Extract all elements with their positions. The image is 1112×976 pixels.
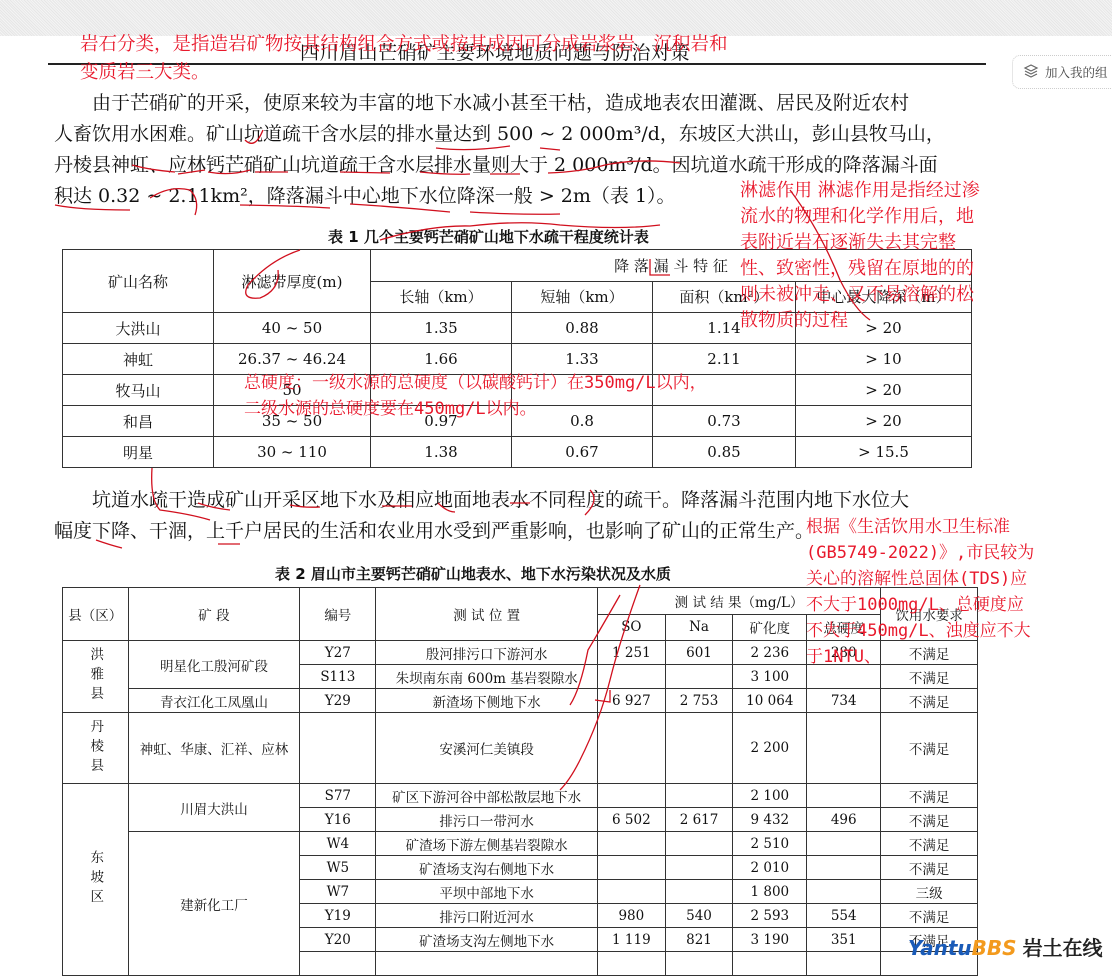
cell: 不满足: [881, 808, 978, 832]
table-row: 明星30 ~ 1101.380.670.85> 15.5: [63, 437, 972, 468]
cell: 30 ~ 110: [214, 437, 371, 468]
cell: 2 593: [733, 904, 807, 928]
cell: [807, 856, 881, 880]
paragraph2-line2: 幅度下降、干涸，上千户居民的生活和农业用水受到严重影响，也影响了矿山的正常生产。: [54, 516, 814, 547]
cell: [598, 713, 666, 784]
table-row: 建新化工厂 W4矿渣场下游左侧基岩裂隙水2 510不满足: [63, 832, 978, 856]
cell: 2 753: [665, 689, 733, 713]
cell: 351: [807, 928, 881, 952]
cell: 不满足: [881, 904, 978, 928]
table1-header-long-axis: 长轴（km）: [371, 281, 512, 313]
annotation-standard-line1: 根据《生活饮用水卫生标准: [806, 514, 1010, 540]
cell: 3 190: [733, 928, 807, 952]
cell: [300, 713, 376, 784]
cell: 0.88: [512, 313, 653, 344]
paragraph1-line4: 积达 0.32 ~ 2.11km²，降落漏斗中心地下水位降深一般 > 2m（表 …: [54, 181, 676, 212]
annotation-hardness-line2: 二级水源的总硬度要在450mg/L以内。: [244, 394, 537, 424]
table2-header-so: SO: [598, 614, 666, 641]
annotation-rock-classification-line2: 变质岩三大类。: [80, 58, 210, 88]
table2-header-na: Na: [665, 614, 733, 641]
cell: 安溪河仁美镇段: [376, 713, 598, 784]
segment-cell: 建新化工厂: [128, 832, 300, 976]
table-row: 东坡区 川眉大洪山 S77矿区下游河谷中部松散层地下水2 100不满足: [63, 784, 978, 808]
cell: 矿渣场支沟左侧地下水: [376, 928, 598, 952]
cell: Y16: [300, 808, 376, 832]
segment-cell: 川眉大洪山: [128, 784, 300, 832]
cell: [807, 880, 881, 904]
cell: 2 510: [733, 832, 807, 856]
cell: [598, 880, 666, 904]
cell: 2 010: [733, 856, 807, 880]
cell: > 15.5: [796, 437, 972, 468]
cell: 6 502: [598, 808, 666, 832]
table1-caption: 表 1 几个主要钙芒硝矿山地下水疏干程度统计表: [328, 226, 649, 247]
add-to-group-button[interactable]: 加入我的组: [1012, 55, 1112, 89]
cell: W4: [300, 832, 376, 856]
table2-header-code: 编号: [300, 588, 376, 641]
cell: 540: [665, 904, 733, 928]
paragraph2-line1: 坑道水疏干造成矿山开采区地下水及相应地面地表水不同程度的疏干。降落漏斗范围内地下…: [92, 485, 909, 516]
cell: 1 119: [598, 928, 666, 952]
cell: 三级: [881, 880, 978, 904]
logo-part-bbs: BBS: [972, 936, 1017, 960]
cell: 不满足: [881, 665, 978, 689]
annotation-standard-line5: 不大于450mg/L、浊度应不大: [806, 618, 1031, 644]
cell: Y20: [300, 928, 376, 952]
annotation-standard-line3: 关心的溶解性总固体(TDS)应: [806, 566, 1027, 592]
cell: 朱坝南东南 600m 基岩裂隙水: [376, 665, 598, 689]
cell: 1.38: [371, 437, 512, 468]
cell: 不满足: [881, 856, 978, 880]
cell: 不满足: [881, 832, 978, 856]
cell: 明星: [63, 437, 214, 468]
cell: 2 236: [733, 641, 807, 665]
cell: > 10: [796, 344, 972, 375]
cell: 554: [807, 904, 881, 928]
cell: 新渣场下侧地下水: [376, 689, 598, 713]
cell: 2 617: [665, 808, 733, 832]
county-cell: 东坡区: [63, 784, 129, 976]
cell: 601: [665, 641, 733, 665]
cell: 不满足: [881, 784, 978, 808]
cell: 496: [807, 808, 881, 832]
paragraph1-line1: 由于芒硝矿的开采，使原来较为丰富的地下水减小甚至干枯，造成地表农田灌溉、居民及附…: [92, 88, 909, 119]
cell: 平坝中部地下水: [376, 880, 598, 904]
cell: 大洪山: [63, 313, 214, 344]
cell: [807, 832, 881, 856]
cell: 10 064: [733, 689, 807, 713]
cell: 和昌: [63, 406, 214, 437]
yantubbs-logo: YantuBBS岩土在线: [908, 932, 1103, 961]
cell: S113: [300, 665, 376, 689]
table2-header-segment: 矿 段: [128, 588, 300, 641]
cell: 0.85: [653, 437, 796, 468]
cell: 殷河排污口下游河水: [376, 641, 598, 665]
table1-header-short-axis: 短轴（km）: [512, 281, 653, 313]
annotation-standard-line4: 不大于1000mg/L、总硬度应: [806, 592, 1024, 618]
annotation-standard-line2: (GB5749-2022)》,市民较为: [806, 540, 1034, 566]
cell: Y29: [300, 689, 376, 713]
segment-cell: 神虹、华康、汇祥、应林: [128, 713, 300, 784]
table-row: 丹棱县 神虹、华康、汇祥、应林 安溪河仁美镇段2 200不满足: [63, 713, 978, 784]
layers-icon: [1023, 63, 1039, 82]
cell: 矿区下游河谷中部松散层地下水: [376, 784, 598, 808]
cell: 980: [598, 904, 666, 928]
annotation-standard-line6: 于1NTU、: [806, 644, 881, 670]
table-row: 青衣江化工凤凰山 Y29新渣场下侧地下水6 9272 75310 064734不…: [63, 689, 978, 713]
cell: [665, 880, 733, 904]
county-cell: 洪雅县: [63, 641, 129, 713]
cell: Y19: [300, 904, 376, 928]
add-to-group-label: 加入我的组: [1045, 63, 1108, 81]
cell: 排污口附近河水: [376, 904, 598, 928]
cell: 1 251: [598, 641, 666, 665]
annotation-leaching-line6: 散物质的过程: [740, 306, 848, 336]
cell: 40 ~ 50: [214, 313, 371, 344]
cell: Y27: [300, 641, 376, 665]
cell: W5: [300, 856, 376, 880]
cell: W7: [300, 880, 376, 904]
cell: [598, 784, 666, 808]
cell: 不满足: [881, 713, 978, 784]
cell: 6 927: [598, 689, 666, 713]
cell: [665, 856, 733, 880]
cell: 不满足: [881, 641, 978, 665]
cell: [807, 784, 881, 808]
segment-cell: 明星化工殷河矿段: [128, 641, 300, 689]
table1-header-thickness: 淋滤带厚度(m): [214, 250, 371, 313]
cell: 排污口一带河水: [376, 808, 598, 832]
cell: 矿渣场下游左侧基岩裂隙水: [376, 832, 598, 856]
cell: 0.67: [512, 437, 653, 468]
logo-part-cn: 岩土在线: [1023, 936, 1103, 960]
table2-header-county: 县（区）: [63, 588, 129, 641]
table1-header-name: 矿山名称: [63, 250, 214, 313]
paragraph1-line2: 人畜饮用水困难。矿山坑道疏干含水层的排水量达到 500 ~ 2 000m³/d，…: [54, 119, 945, 150]
cell: 2 200: [733, 713, 807, 784]
cell: [598, 832, 666, 856]
cell: [665, 665, 733, 689]
cell: 2 100: [733, 784, 807, 808]
cell: [665, 713, 733, 784]
cell: 821: [665, 928, 733, 952]
county-cell: 丹棱县: [63, 713, 129, 784]
cell: 神虹: [63, 344, 214, 375]
logo-part-yantu: Yantu: [908, 936, 972, 960]
cell: 1.35: [371, 313, 512, 344]
cell: 9 432: [733, 808, 807, 832]
cell: [665, 784, 733, 808]
cell: > 20: [796, 375, 972, 406]
cell: > 20: [796, 406, 972, 437]
table2-header-location: 测 试 位 置: [376, 588, 598, 641]
annotation-rock-classification-line1: 岩石分类，是指造岩矿物按其结构组合方式或按其成因可分成岩浆岩、沉积岩和: [80, 30, 728, 60]
cell: 1 800: [733, 880, 807, 904]
cell: [807, 713, 881, 784]
table2-header-mineral: 矿化度: [733, 614, 807, 641]
cell: S77: [300, 784, 376, 808]
table2-caption: 表 2 眉山市主要钙芒硝矿山地表水、地下水污染状况及水质: [275, 563, 671, 584]
cell: 不满足: [881, 689, 978, 713]
cell: 矿渣场支沟右侧地下水: [376, 856, 598, 880]
segment-cell: 青衣江化工凤凰山: [128, 689, 300, 713]
cell: [598, 856, 666, 880]
cell: 734: [807, 689, 881, 713]
cell: 0.73: [653, 406, 796, 437]
cell: [665, 832, 733, 856]
cell: [598, 665, 666, 689]
cell: 牧马山: [63, 375, 214, 406]
cell: 3 100: [733, 665, 807, 689]
